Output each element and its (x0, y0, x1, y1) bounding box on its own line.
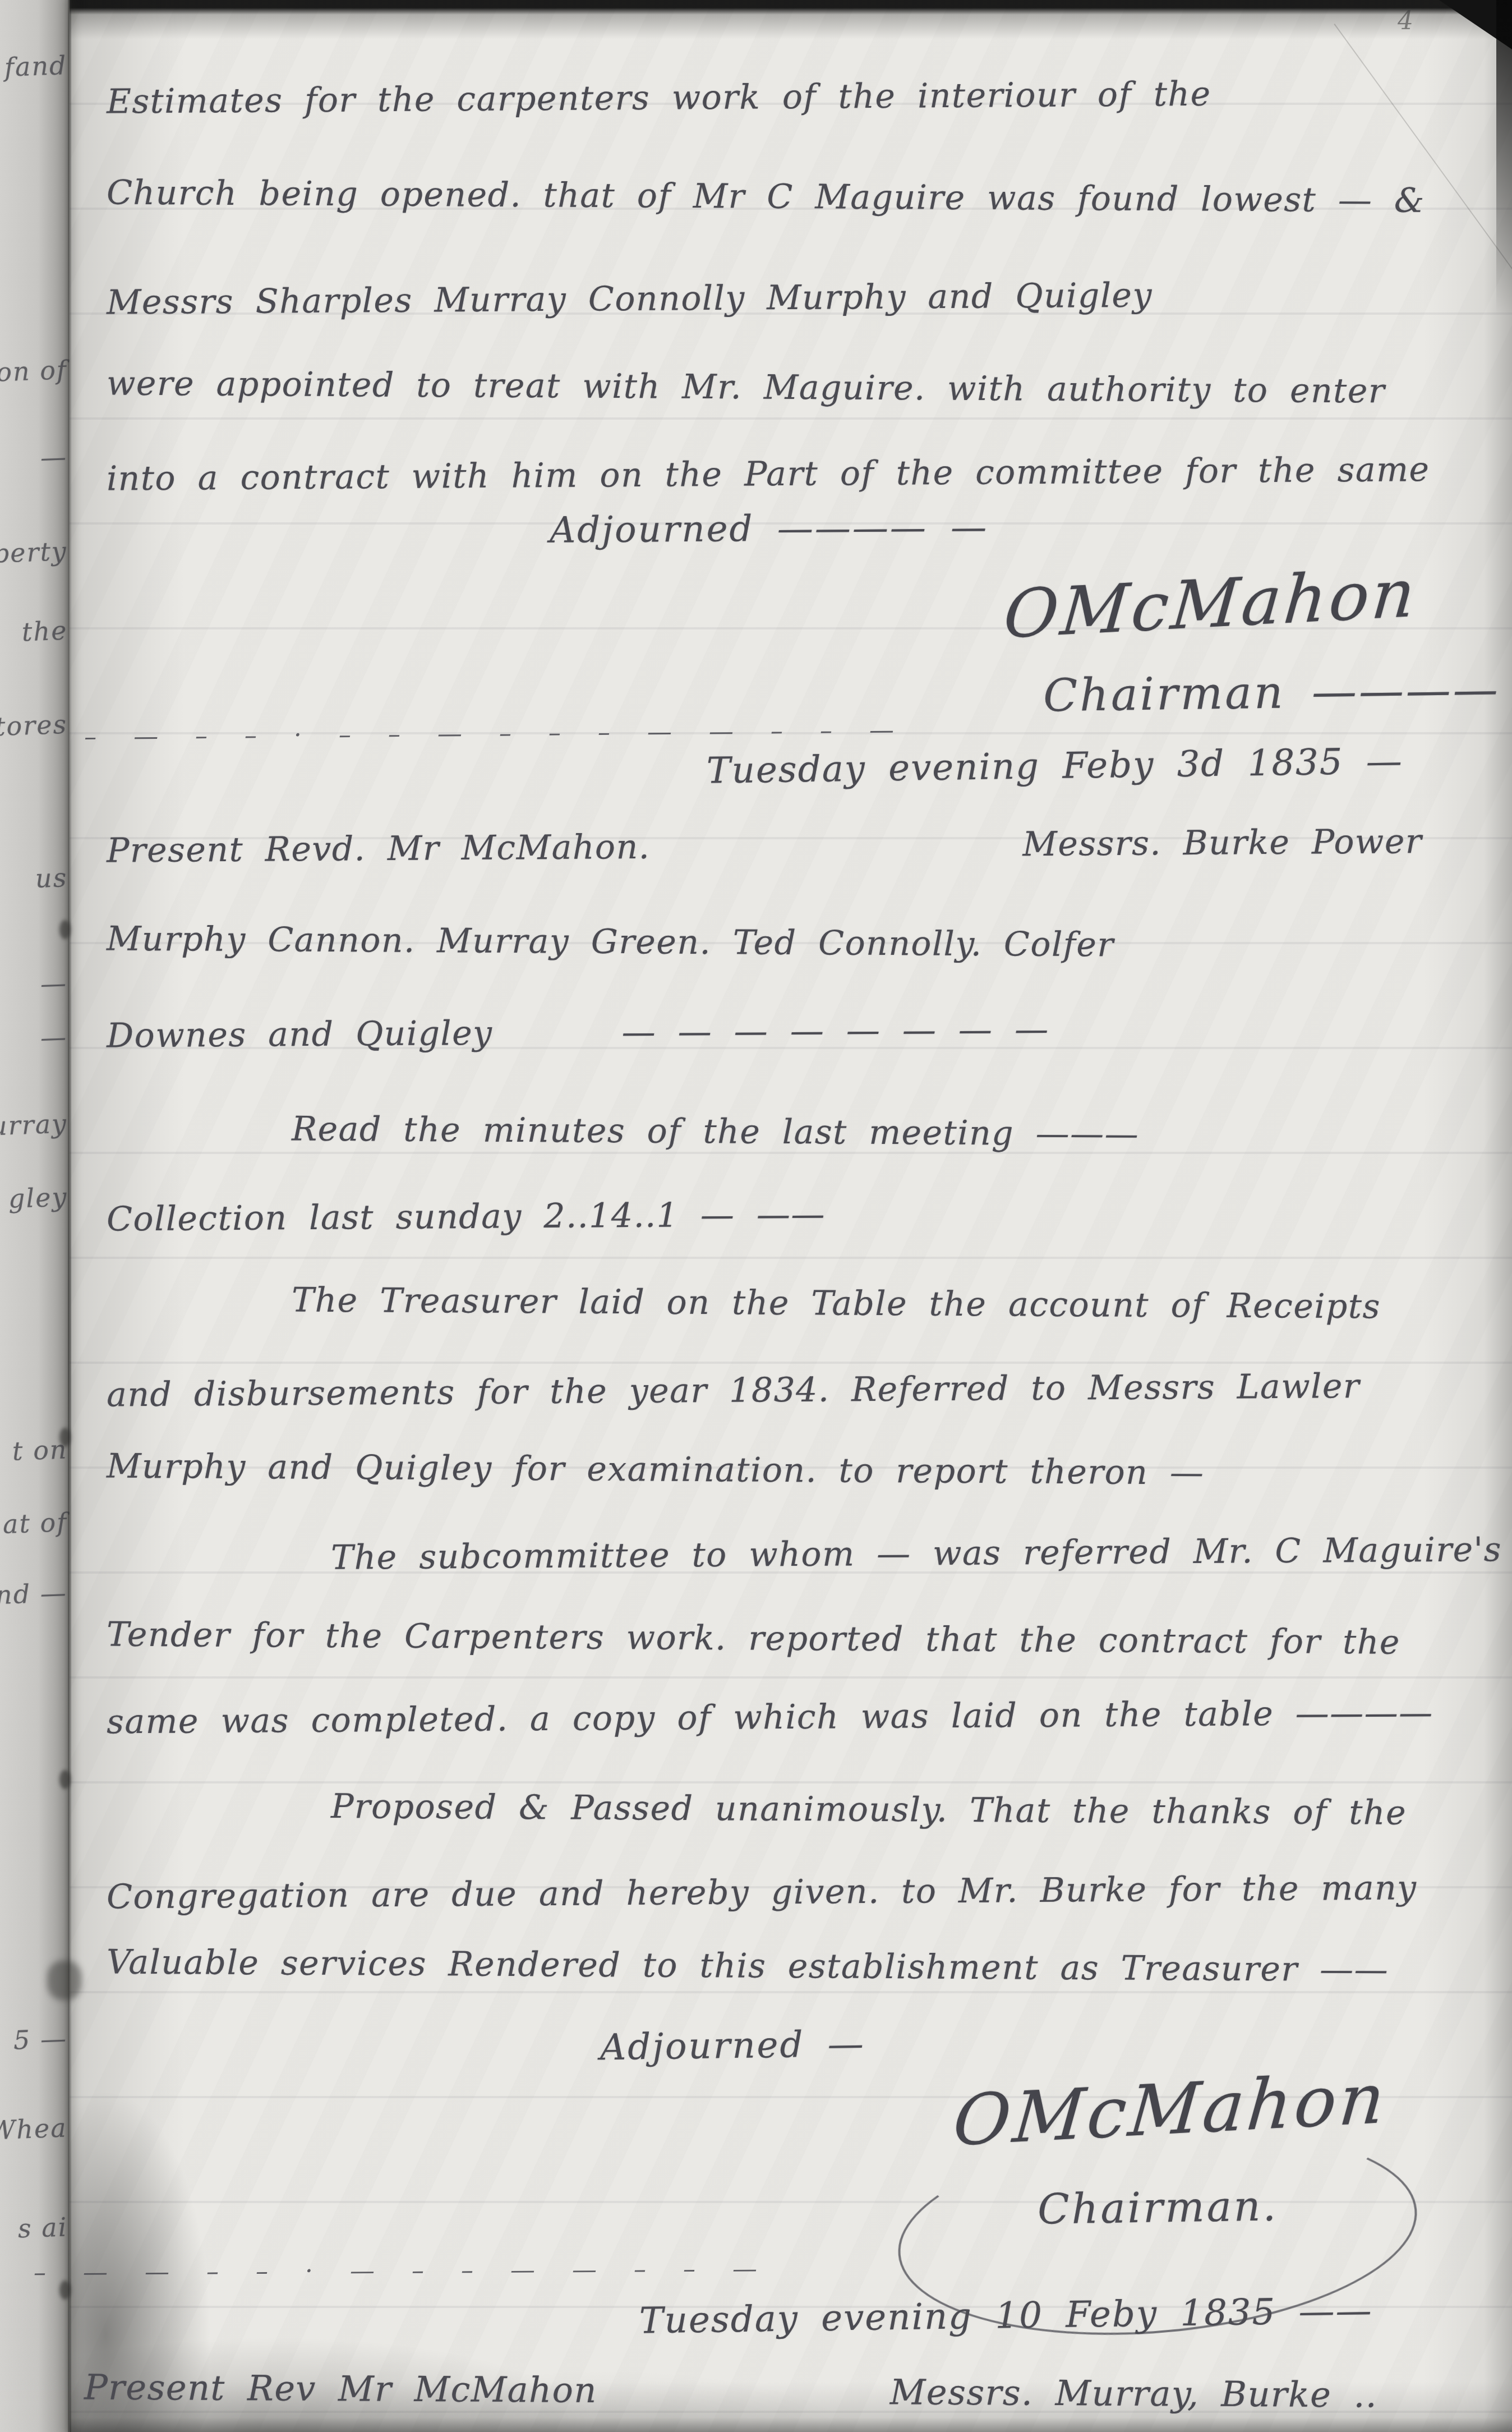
gutter-previous-page-edge: fand ection of — operty the tores us — —… (0, 0, 70, 2432)
margin-fragment: at of (2, 1509, 68, 1537)
margin-fragment: operty (0, 538, 68, 567)
line-thanks-burke: Congregation are due and hereby given. t… (107, 1869, 1478, 1916)
margin-fragment: the (21, 618, 68, 645)
binding-stitch (59, 920, 71, 939)
chairman-title-1: Chairman ———— (1043, 665, 1478, 721)
margin-fragment: urray (0, 1111, 68, 1139)
binding-stitch (59, 1770, 71, 1789)
ink-stain (47, 1961, 82, 2000)
page-corner-mark: 4 (1398, 7, 1413, 35)
binding-stitch (59, 1428, 71, 1447)
line-read-minutes: Read the minutes of the last meeting ——— (107, 1110, 1478, 1156)
line-examination-report: Murphy and Quigley for examination. to r… (107, 1448, 1478, 1494)
line-messrs-sharples: Messrs Sharples Murray Connolly Murphy a… (107, 274, 1478, 321)
present-feb3-members-3: Downes and Quigley (107, 1015, 493, 1055)
margin-fragment: tores (0, 711, 68, 739)
margin-fragment: Whea (0, 2115, 68, 2144)
line-disbursements-1834: and disbursements for the year 1834. Ref… (107, 1367, 1478, 1414)
line-services-treasurer: Valuable services Rendered to this estab… (107, 1944, 1478, 1990)
present-feb3-members-2: Murphy Cannon. Murray Green. Ted Connoll… (107, 921, 1478, 967)
line-collection-amount: Collection last sunday 2..14..1 — —— (107, 1191, 1478, 1238)
line-into-contract: into a contract with him on the Part of … (107, 450, 1478, 498)
line-subcommittee: The subcommittee to whom — was referred … (107, 1531, 1478, 1578)
present-feb10-members: Messrs. Murray, Burke .. (890, 2373, 1478, 2415)
separator-dashes-2: – — — – – · — – – — — – – — (34, 2255, 763, 2287)
adjourned-note-2: Adjourned — (600, 2025, 866, 2068)
present-feb10-clergy: Present Rev Mr McMahon (84, 2367, 597, 2410)
separator-dashes-1: – — – – · – – — – – – — — – – — (84, 716, 900, 752)
line-tender-carpenters: Tender for the Carpenters work. reported… (107, 1616, 1478, 1662)
line-church-opened: Church being opened. that of Mr C Maguir… (107, 174, 1478, 220)
margin-fragment: — (40, 444, 68, 471)
margin-fragment: — (40, 1024, 68, 1051)
line-contract-completed: same was completed. a copy of which was … (107, 1694, 1478, 1741)
margin-fragment: fand (4, 52, 68, 80)
fold-crease-line (1334, 24, 1512, 283)
margin-fragment: 5 — (13, 2025, 67, 2053)
date-heading-feb3: Tuesday evening Feby 3d 1835 — (707, 741, 1479, 792)
date-heading-feb10: Tuesday evening 10 Feby 1835 —— (639, 2290, 1479, 2342)
line-proposed-passed: Proposed & Passed unanimously. That the … (107, 1787, 1478, 1833)
line-carpenters-estimates: Estimates for the carpenters work of the… (107, 73, 1478, 121)
margin-fragment: ection of (0, 357, 68, 387)
signature-mcmahon-1: OMcMahon (1001, 555, 1421, 652)
adjourned-note-1: Adjourned ———— — (550, 508, 989, 551)
page-right-edge-shadow (1496, 0, 1512, 314)
binding-crease (68, 0, 71, 2432)
margin-fragment: gley (8, 1184, 68, 1212)
trailing-dashes: — — — — — — — — (621, 1011, 1049, 1052)
present-feb3-members-1: Messrs. Burke Power (1022, 822, 1478, 863)
margin-fragment: s ai (17, 2214, 68, 2241)
margin-fragment: nd — (0, 1580, 68, 1608)
line-appointed-treat: were appointed to treat with Mr. Maguire… (107, 365, 1478, 411)
line-treasurer-account: The Treasurer laid on the Table the acco… (107, 1281, 1478, 1327)
manuscript-page: fand ection of — operty the tores us — —… (0, 0, 1512, 2432)
margin-fragment: us (35, 865, 68, 891)
present-feb3-clergy: Present Revd. Mr McMahon. (107, 829, 651, 870)
margin-fragment: — (40, 970, 68, 997)
